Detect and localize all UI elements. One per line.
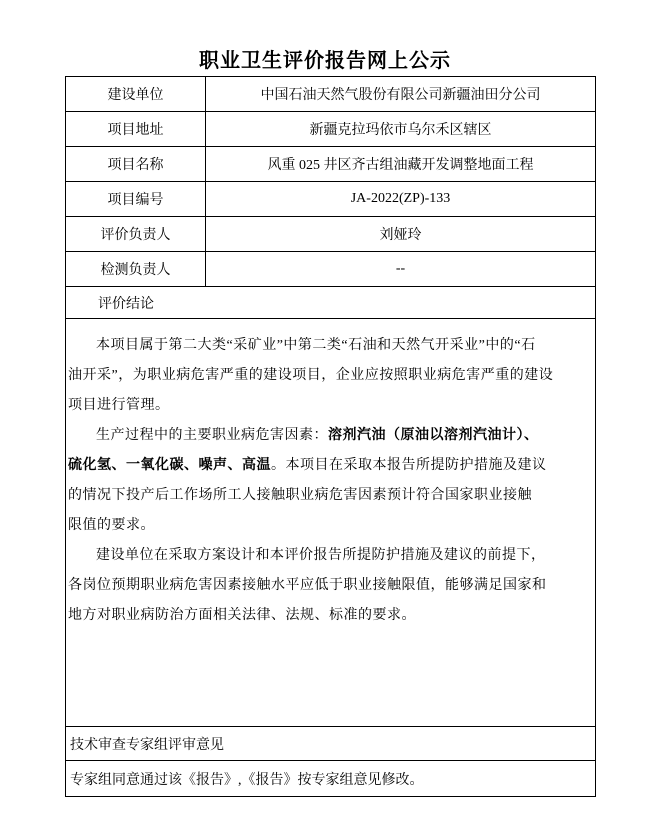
conclusion-text-line: 本项目属于第二大类“采矿业”中第二类“石油和天然气开采业”中的“石 bbox=[68, 331, 593, 361]
conclusion-text-line: 硫化氢、一氧化碳、噪声、高温。本项目在采取本报告所提防护措施及建议 bbox=[68, 451, 593, 481]
info-row-value: 刘娅玲 bbox=[206, 217, 595, 251]
info-row: 建设单位中国石油天然气股份有限公司新疆油田分公司 bbox=[66, 77, 595, 112]
page-title: 职业卫生评价报告网上公示 bbox=[0, 44, 650, 73]
conclusion-text-line: 生产过程中的主要职业病危害因素：溶剂汽油（原油以溶剂汽油计）、 bbox=[68, 421, 593, 451]
info-row-value: JA-2022(ZP)-133 bbox=[206, 182, 595, 216]
conclusion-text-line: 限值的要求。 bbox=[68, 511, 593, 541]
conclusion-text-line: 建设单位在采取方案设计和本评价报告所提防护措施及建议的前提下， bbox=[68, 541, 593, 571]
info-row-label: 评价负责人 bbox=[66, 217, 206, 251]
conclusion-header-label: 评价结论 bbox=[98, 293, 154, 313]
info-row: 项目编号JA-2022(ZP)-133 bbox=[66, 182, 595, 217]
info-row-label: 项目编号 bbox=[66, 182, 206, 216]
conclusion-body-cell: 本项目属于第二大类“采矿业”中第二类“石油和天然气开采业”中的“石油开采”，为职… bbox=[66, 319, 595, 727]
info-row: 评价负责人刘娅玲 bbox=[66, 217, 595, 252]
conclusion-text-line: 的情况下投产后工作场所工人接触职业病危害因素预计符合国家职业接触 bbox=[68, 481, 593, 511]
info-row: 项目地址新疆克拉玛依市乌尔禾区辖区 bbox=[66, 112, 595, 147]
conclusion-text-line: 地方对职业病防治方面相关法律、法规、标准的要求。 bbox=[68, 601, 593, 631]
info-row: 项目名称风重 025 井区齐古组油藏开发调整地面工程 bbox=[66, 147, 595, 182]
info-row-label: 项目名称 bbox=[66, 147, 206, 181]
expert-review-header-cell: 技术审查专家组评审意见 bbox=[66, 727, 595, 761]
document-page: 职业卫生评价报告网上公示 建设单位中国石油天然气股份有限公司新疆油田分公司项目地… bbox=[0, 0, 650, 832]
info-row-value: 新疆克拉玛依市乌尔禾区辖区 bbox=[206, 112, 595, 146]
info-row: 检测负责人-- bbox=[66, 252, 595, 287]
info-row-value: 风重 025 井区齐古组油藏开发调整地面工程 bbox=[206, 147, 595, 181]
conclusion-text-line: 项目进行管理。 bbox=[68, 391, 593, 421]
info-row-label: 检测负责人 bbox=[66, 252, 206, 286]
expert-review-header-label: 技术审查专家组评审意见 bbox=[70, 734, 224, 754]
info-row-label: 建设单位 bbox=[66, 77, 206, 111]
expert-opinion-cell: 专家组同意通过该《报告》,《报告》按专家组意见修改。 bbox=[66, 761, 595, 796]
info-row-value: 中国石油天然气股份有限公司新疆油田分公司 bbox=[206, 77, 595, 111]
conclusion-text-line: 各岗位预期职业病危害因素接触水平应低于职业接触限值，能够满足国家和 bbox=[68, 571, 593, 601]
conclusion-header-cell: 评价结论 bbox=[66, 287, 595, 319]
conclusion-text-line: 油开采”，为职业病危害严重的建设项目，企业应按照职业病危害严重的建设 bbox=[68, 361, 593, 391]
info-row-value: -- bbox=[206, 252, 595, 286]
expert-opinion-text: 专家组同意通过该《报告》,《报告》按专家组意见修改。 bbox=[70, 769, 424, 789]
publicity-table: 建设单位中国石油天然气股份有限公司新疆油田分公司项目地址新疆克拉玛依市乌尔禾区辖… bbox=[65, 76, 596, 797]
info-rows: 建设单位中国石油天然气股份有限公司新疆油田分公司项目地址新疆克拉玛依市乌尔禾区辖… bbox=[66, 77, 595, 287]
info-row-label: 项目地址 bbox=[66, 112, 206, 146]
